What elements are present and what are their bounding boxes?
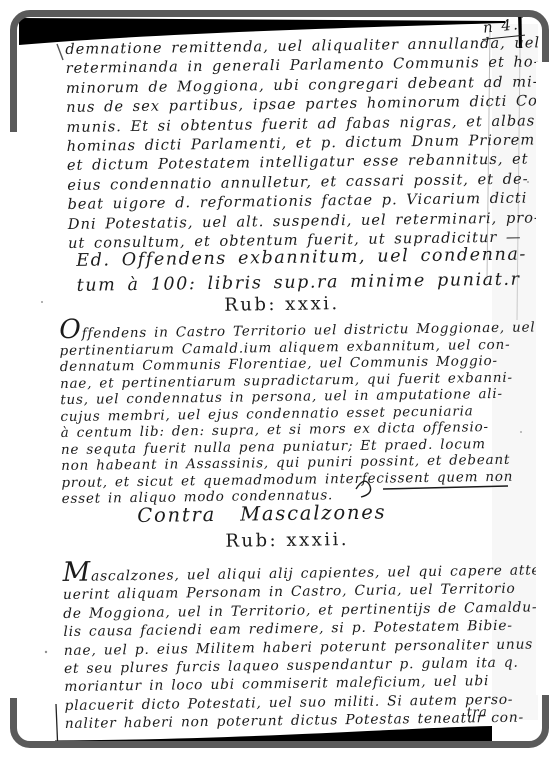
frame-gap-left bbox=[0, 132, 23, 698]
scanned-manuscript-view: n 4. demnatione remittenda, uel aliquali… bbox=[0, 0, 559, 760]
scan-frame-border bbox=[10, 10, 549, 748]
frame-gap-right bbox=[536, 62, 559, 695]
